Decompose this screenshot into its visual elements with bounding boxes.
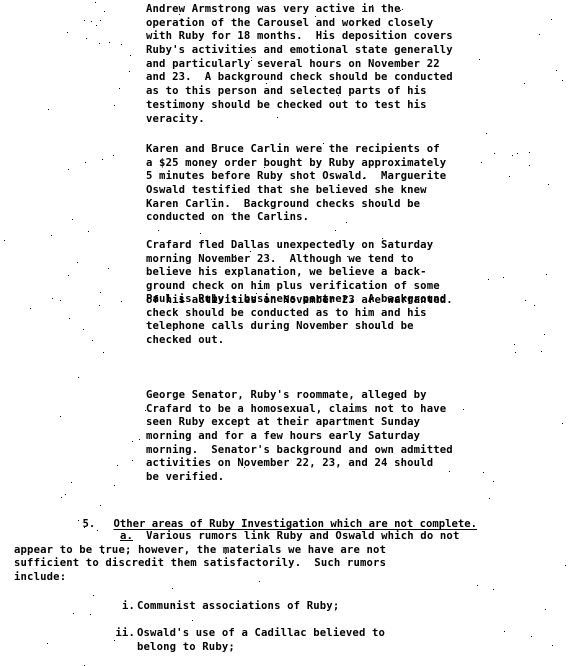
paragraph-senator: George Senator, Ruby's roommate, alleged… xyxy=(146,389,453,485)
text-run: Various rumors link Ruby and Oswald whic… xyxy=(146,530,459,542)
text-line: telephone calls during November should b… xyxy=(146,320,446,334)
text-line: appear to be true; however, the material… xyxy=(14,544,459,558)
text-space xyxy=(133,530,146,542)
text-line: belong to Ruby; xyxy=(137,641,385,655)
rumor-item: i. Communist associations of Ruby; xyxy=(107,600,339,614)
text-line: be verified. xyxy=(146,471,453,485)
text-line: with Ruby for 18 months. His deposition … xyxy=(146,30,453,44)
text-line: ground check on him plus verification of… xyxy=(146,280,453,294)
text-line: a. Various rumors link Ruby and Oswald w… xyxy=(14,530,459,544)
rumor-list-item: ii. Oswald's use of a Cadillac believed … xyxy=(107,627,385,654)
text-line: check should be conducted as to him and … xyxy=(146,307,446,321)
text-line: Ruby's activities and emotional state ge… xyxy=(146,44,453,58)
item-number: ii. xyxy=(107,627,135,641)
text-line: veracity. xyxy=(146,113,453,127)
text-line: Karen and Bruce Carlin were the recipien… xyxy=(146,143,446,157)
text-line: and 23. A background check should be con… xyxy=(146,71,453,85)
item-number: i. xyxy=(107,600,135,614)
document-page: Andrew Armstrong was very active in the … xyxy=(0,0,568,666)
rumor-item: ii. Oswald's use of a Cadillac believed … xyxy=(107,627,385,654)
subsection-marker: a. xyxy=(120,530,133,542)
text-line: and particularly several hours on Novemb… xyxy=(146,58,453,72)
section-title: Other areas of Ruby Investigation which … xyxy=(114,518,478,530)
text-line: Oswald testified that she believed she k… xyxy=(146,184,446,198)
section-number: 5. xyxy=(83,517,114,531)
text-line: Oswald's use of a Cadillac believed to xyxy=(137,627,385,641)
text-line: Crafard fled Dallas unexpectedly on Satu… xyxy=(146,239,453,253)
text-line: conducted on the Carlins. xyxy=(146,211,446,225)
text-line: 5 minutes before Ruby shot Oswald. Margu… xyxy=(146,170,446,184)
text-line: believe his explanation, we believe a ba… xyxy=(146,266,453,280)
text-line: testimony should be checked out to test … xyxy=(146,99,453,113)
subsection-a: a. Various rumors link Ruby and Oswald w… xyxy=(14,530,459,585)
text-line: morning November 23. Although we tend to xyxy=(146,253,453,267)
text-line: activities on November 22, 23, and 24 sh… xyxy=(146,457,453,471)
text-line: as to this person and selected parts of … xyxy=(146,85,453,99)
text-line: morning. Senator's background and own ad… xyxy=(146,444,453,458)
text-line: Karen Carlin. Background checks should b… xyxy=(146,198,446,212)
text-line: checked out. xyxy=(146,334,446,348)
text-line: operation of the Carousel and worked clo… xyxy=(146,17,453,31)
rumor-list-item: i. Communist associations of Ruby; xyxy=(107,600,339,614)
text-line: seen Ruby except at their apartment Sund… xyxy=(146,416,453,430)
text-line: Crafard to be a homosexual, claims not t… xyxy=(146,403,453,417)
text-line: Communist associations of Ruby; xyxy=(137,600,339,614)
text-line: a $25 money order bought by Ruby approxi… xyxy=(146,157,446,171)
paragraph-carlin: Karen and Bruce Carlin were the recipien… xyxy=(146,143,446,225)
paragraph-paul: Paul is Ruby's business partner. A backg… xyxy=(146,293,446,348)
text-line: sufficient to discredit them satisfactor… xyxy=(14,557,459,571)
text-line: morning and for a few hours early Saturd… xyxy=(146,430,453,444)
text-line: Andrew Armstrong was very active in the xyxy=(146,3,453,17)
text-line: Paul is Ruby's business partner. A backg… xyxy=(146,293,446,307)
text-line: include: xyxy=(14,571,459,585)
text-line: George Senator, Ruby's roommate, alleged… xyxy=(146,389,453,403)
paragraph-armstrong: Andrew Armstrong was very active in the … xyxy=(146,3,453,126)
